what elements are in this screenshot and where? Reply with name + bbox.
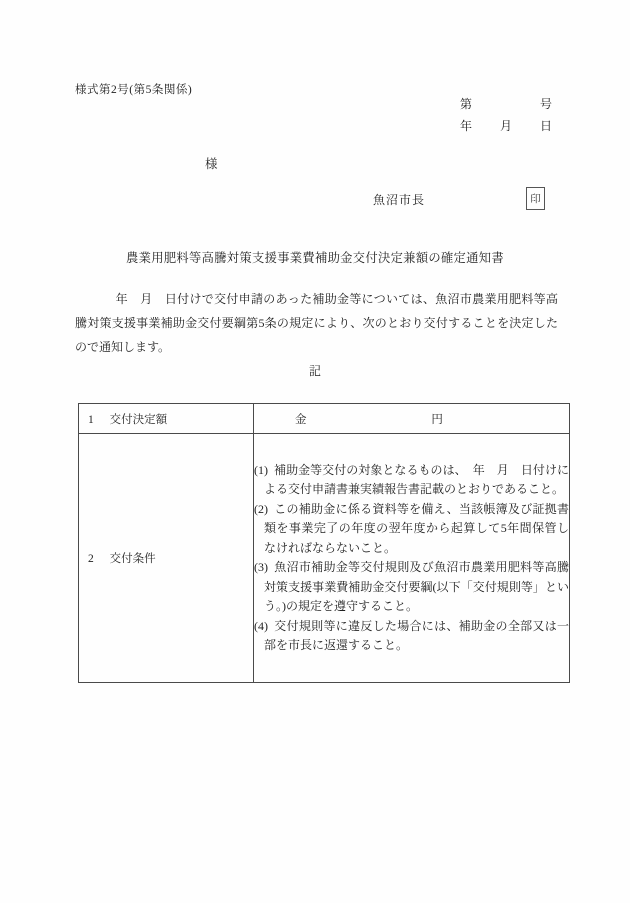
issue-number-prefix: 第: [460, 95, 472, 112]
date-year-label: 年: [460, 117, 472, 134]
document-title: 農業用肥料等高騰対策支援事業費補助金交付決定兼額の確定通知書: [0, 248, 630, 266]
addressee-honorific: 様: [205, 154, 218, 172]
condition-text: この補助金に係る資料等を備え、当該帳簿及び証拠書類を事業完了の年度の翌年度から起…: [264, 502, 569, 555]
condition-item: (1)補助金等交付の対象となるものは、 年 月 日付けによる交付申請書兼実績報告…: [254, 461, 569, 500]
date-day-label: 日: [540, 117, 552, 134]
condition-number: (1): [254, 463, 268, 477]
amount-suffix: 円: [431, 414, 443, 426]
decision-table: 1 交付決定額 金 円 2 交付条件 (1)補助金等交付の対象となる: [78, 403, 570, 683]
row-number: 1: [88, 414, 94, 426]
ki-heading: 記: [0, 362, 630, 379]
condition-item: (2)この補助金に係る資料等を備え、当該帳簿及び証拠書類を事業完了の年度の翌年度…: [254, 500, 569, 559]
condition-text: 交付規則等に違反した場合には、補助金の全部又は一部を市長に返還すること。: [264, 619, 569, 653]
date-line: 年 月 日: [460, 117, 552, 134]
sender-name: 魚沼市長: [373, 191, 425, 208]
seal-mark-box: 印: [526, 187, 545, 210]
document-page: 様式第2号(第5条関係) 第 号 年 月 日 様 魚沼市長 印 農業用肥料等高騰…: [0, 0, 630, 903]
date-month-label: 月: [500, 117, 512, 134]
conditions-label-cell: 2 交付条件: [79, 434, 254, 683]
condition-item: (4)交付規則等に違反した場合には、補助金の全部又は一部を市長に返還すること。: [254, 617, 569, 656]
row-number: 2: [88, 553, 94, 565]
amount-prefix: 金: [295, 414, 307, 426]
condition-text: 補助金等交付の対象となるものは、 年 月 日付けによる交付申請書兼実績報告書記載…: [264, 463, 569, 497]
condition-number: (3): [254, 560, 268, 574]
table-row-amount: 1 交付決定額 金 円: [79, 404, 570, 434]
condition-item: (3)魚沼市補助金等交付規則及び魚沼市農業用肥料等高騰対策支援事業費補助金交付要…: [254, 558, 569, 617]
seal-mark: 印: [530, 191, 541, 206]
amount-value-cell: 金 円: [254, 404, 570, 434]
body-paragraph: 年 月 日付けで交付申請のあった補助金等については、魚沼市農業用肥料等高騰対策支…: [75, 287, 558, 359]
amount-label-cell: 1 交付決定額: [79, 404, 254, 434]
condition-number: (2): [254, 502, 268, 516]
table-row-conditions: 2 交付条件 (1)補助金等交付の対象となるものは、 年 月 日付けによる交付申…: [79, 434, 570, 683]
condition-number: (4): [254, 619, 268, 633]
form-number: 様式第2号(第5条関係): [75, 81, 192, 97]
conditions-row-label: 交付条件: [110, 553, 156, 565]
amount-row-label: 交付決定額: [110, 414, 168, 426]
issue-number-line: 第 号: [460, 95, 552, 112]
conditions-value-cell: (1)補助金等交付の対象となるものは、 年 月 日付けによる交付申請書兼実績報告…: [254, 434, 570, 683]
condition-text: 魚沼市補助金等交付規則及び魚沼市農業用肥料等高騰対策支援事業費補助金交付要綱(以…: [264, 560, 569, 613]
issue-number-suffix: 号: [540, 95, 552, 112]
